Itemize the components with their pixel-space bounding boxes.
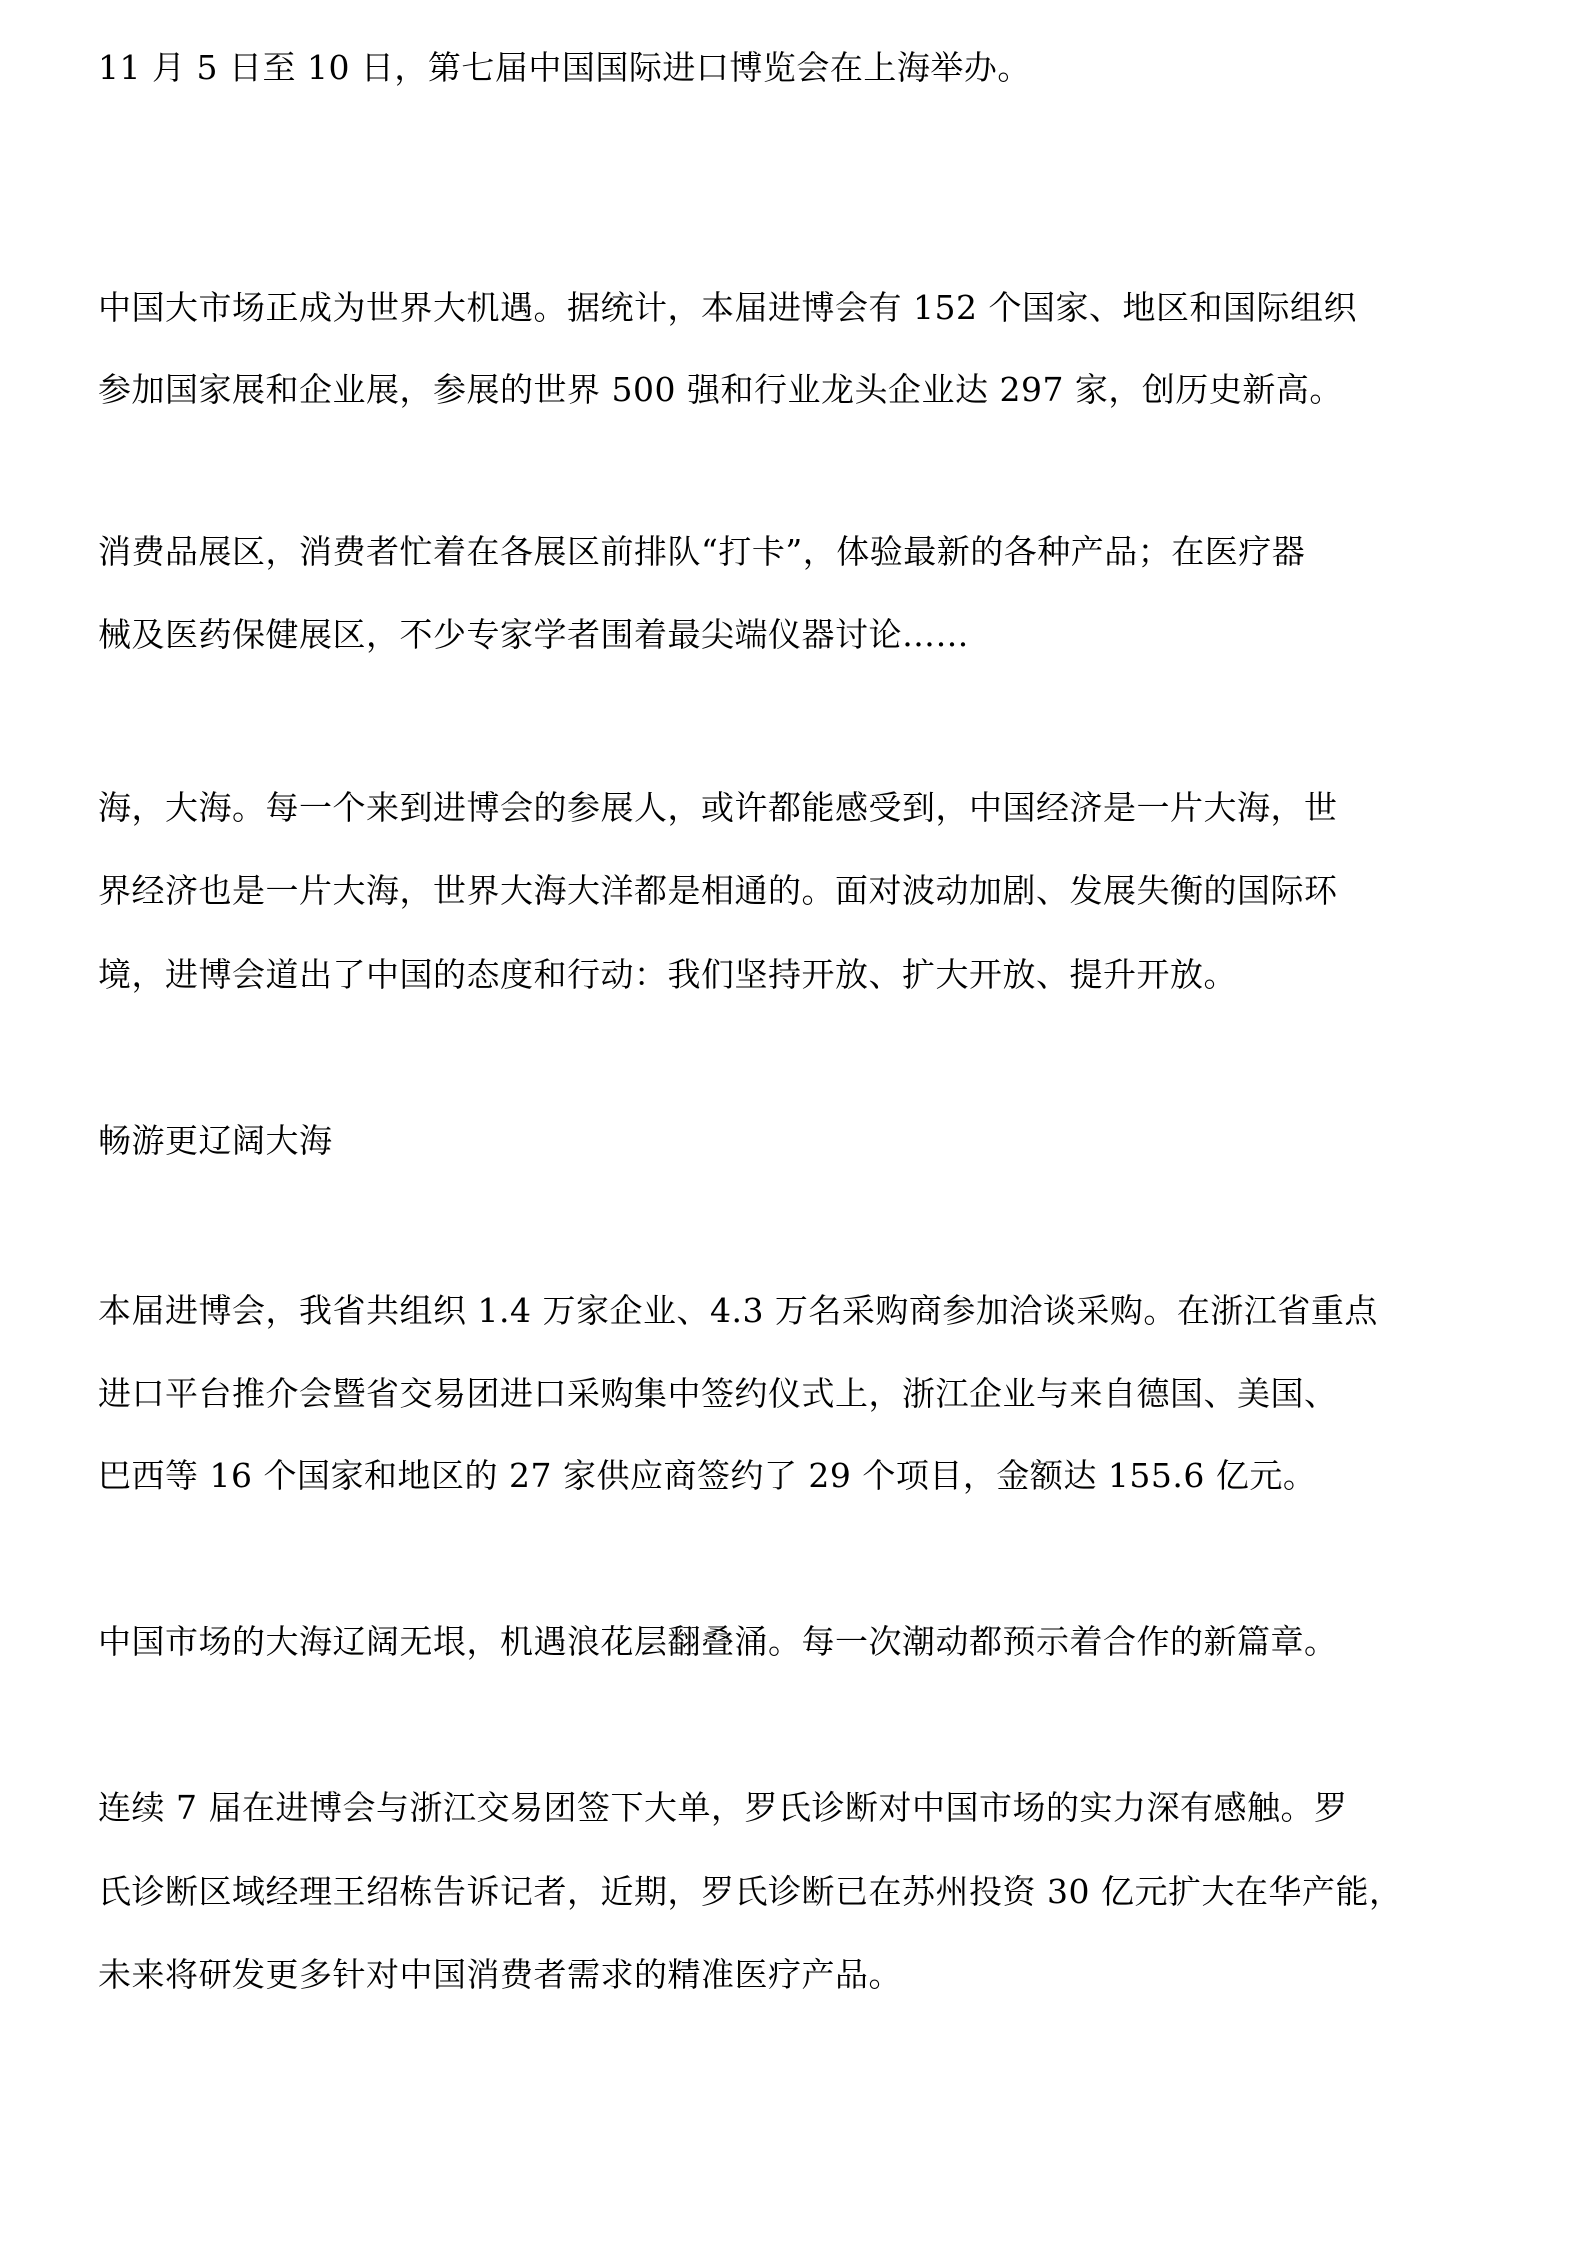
paragraph-line: 未来将研发更多针对中国消费者需求的精准医疗产品。 bbox=[98, 1955, 1498, 1995]
paragraph-line: 氏诊断区域经理王绍栋告诉记者，近期，罗氏诊断已在苏州投资 30 亿元扩大在华产能… bbox=[98, 1872, 1498, 1912]
paragraph-line: 巴西等 16 个国家和地区的 27 家供应商签约了 29 个项目，金额达 155… bbox=[98, 1456, 1498, 1496]
paragraph-line: 中国市场的大海辽阔无垠，机遇浪花层翻叠涌。每一次潮动都预示着合作的新篇章。 bbox=[98, 1622, 1498, 1662]
paragraph-line: 界经济也是一片大海，世界大海大洋都是相通的。面对波动加剧、发展失衡的国际环 bbox=[98, 871, 1498, 911]
paragraph-line: 本届进博会，我省共组织 1.4 万家企业、4.3 万名采购商参加洽谈采购。在浙江… bbox=[98, 1291, 1498, 1331]
paragraph-line: 消费品展区，消费者忙着在各展区前排队“打卡”，体验最新的各种产品；在医疗器 bbox=[98, 532, 1498, 572]
paragraph-line: 进口平台推介会暨省交易团进口采购集中签约仪式上，浙江企业与来自德国、美国、 bbox=[98, 1374, 1498, 1414]
paragraph-line: 11 月 5 日至 10 日，第七届中国国际进口博览会在上海举办。 bbox=[98, 48, 1498, 88]
paragraph-line: 海，大海。每一个来到进博会的参展人，或许都能感受到，中国经济是一片大海，世 bbox=[98, 788, 1498, 828]
paragraph-line: 境，进博会道出了中国的态度和行动：我们坚持开放、扩大开放、提升开放。 bbox=[98, 955, 1498, 995]
section-heading: 畅游更辽阔大海 bbox=[98, 1121, 1498, 1161]
paragraph-line: 中国大市场正成为世界大机遇。据统计，本届进博会有 152 个国家、地区和国际组织 bbox=[98, 288, 1498, 328]
document-page: 11 月 5 日至 10 日，第七届中国国际进口博览会在上海举办。 中国大市场正… bbox=[0, 0, 1587, 2245]
paragraph-line: 参加国家展和企业展，参展的世界 500 强和行业龙头企业达 297 家，创历史新… bbox=[98, 370, 1498, 410]
paragraph-line: 连续 7 届在进博会与浙江交易团签下大单，罗氏诊断对中国市场的实力深有感触。罗 bbox=[98, 1788, 1498, 1828]
paragraph-line: 械及医药保健展区，不少专家学者围着最尖端仪器讨论…… bbox=[98, 615, 1498, 655]
